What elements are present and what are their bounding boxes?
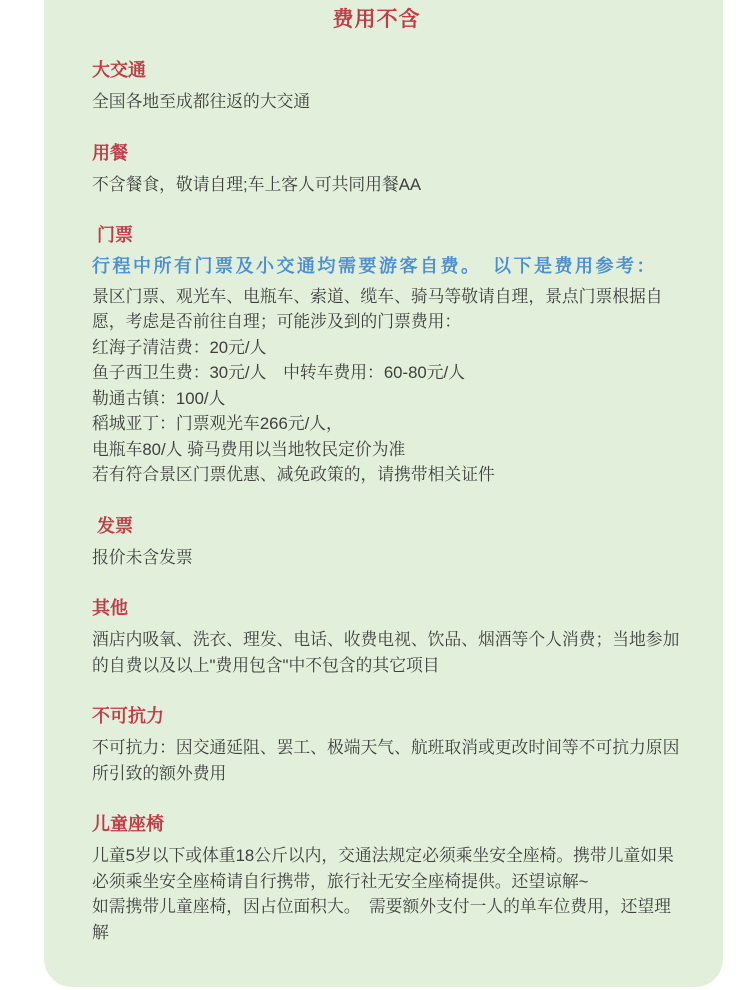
section-highlight-note: 行程中所有门票及小交通均需要游客自费。 以下是费用参考： [92, 254, 687, 280]
section-heading: 大交通 [92, 58, 687, 83]
section-heading: 儿童座椅 [92, 812, 687, 837]
section-text-line: 的自费以及以上"费用包含"中不包含的其它项目 [92, 653, 687, 679]
section-text-line: 儿童5岁以下或体重18公斤以内，交通法规定必须乘坐安全座椅。携带儿童如果 [92, 843, 687, 869]
section-text-line: 不可抗力：因交通延阻、罢工、极端天气、航班取消或更改时间等不可抗力原因 [92, 735, 687, 761]
section-heading: 门票 [92, 223, 687, 248]
section-heading: 用餐 [92, 141, 687, 166]
sections-container: 大交通全国各地至成都往返的大交通用餐不含餐食，敬请自理;车上客人可共同用餐AA … [92, 58, 687, 945]
section-text-line: 解 [92, 920, 687, 946]
section-text-line: 不含餐食，敬请自理;车上客人可共同用餐AA [92, 172, 687, 198]
section-text-line: 景区门票、观光车、电瓶车、索道、缆车、骑马等敬请自理，景点门票根据自 [92, 284, 687, 310]
section-text-line: 鱼子西卫生费：30元/人 中转车费用：60-80元/人 [92, 360, 687, 386]
page-title: 费用不含 [92, 8, 661, 32]
section-text-line: 若有符合景区门票优惠、减免政策的，请携带相关证件 [92, 462, 687, 488]
section-text-line: 稻城亚丁：门票观光车266元/人， [92, 411, 687, 437]
section-heading: 不可抗力 [92, 704, 687, 729]
section-text-line: 全国各地至成都往返的大交通 [92, 89, 687, 115]
section-text-line: 电瓶车80/人 骑马费用以当地牧民定价为准 [92, 437, 687, 463]
section-text-line: 酒店内吸氧、洗衣、理发、电话、收费电视、饮品、烟酒等个人消费；当地参加 [92, 627, 687, 653]
section-text-line: 愿，考虑是否前往自理；可能涉及到的门票费用： [92, 309, 687, 335]
section-text-line: 勒通古镇：100/人 [92, 386, 687, 412]
section-text-line: 如需携带儿童座椅，因占位面积大。 需要额外支付一人的单车位费用，还望理 [92, 894, 687, 920]
section-text-line: 必须乘坐安全座椅请自行携带，旅行社无安全座椅提供。还望谅解~ [92, 869, 687, 895]
fees-excluded-panel: 费用不含 大交通全国各地至成都往返的大交通用餐不含餐食，敬请自理;车上客人可共同… [44, 0, 723, 987]
section-text-line: 红海子清洁费：20元/人 [92, 335, 687, 361]
section-heading: 其他 [92, 596, 687, 621]
section-heading: 发票 [92, 514, 687, 539]
section-text-line: 所引致的额外费用 [92, 761, 687, 787]
section-text-line: 报价未含发票 [92, 545, 687, 571]
